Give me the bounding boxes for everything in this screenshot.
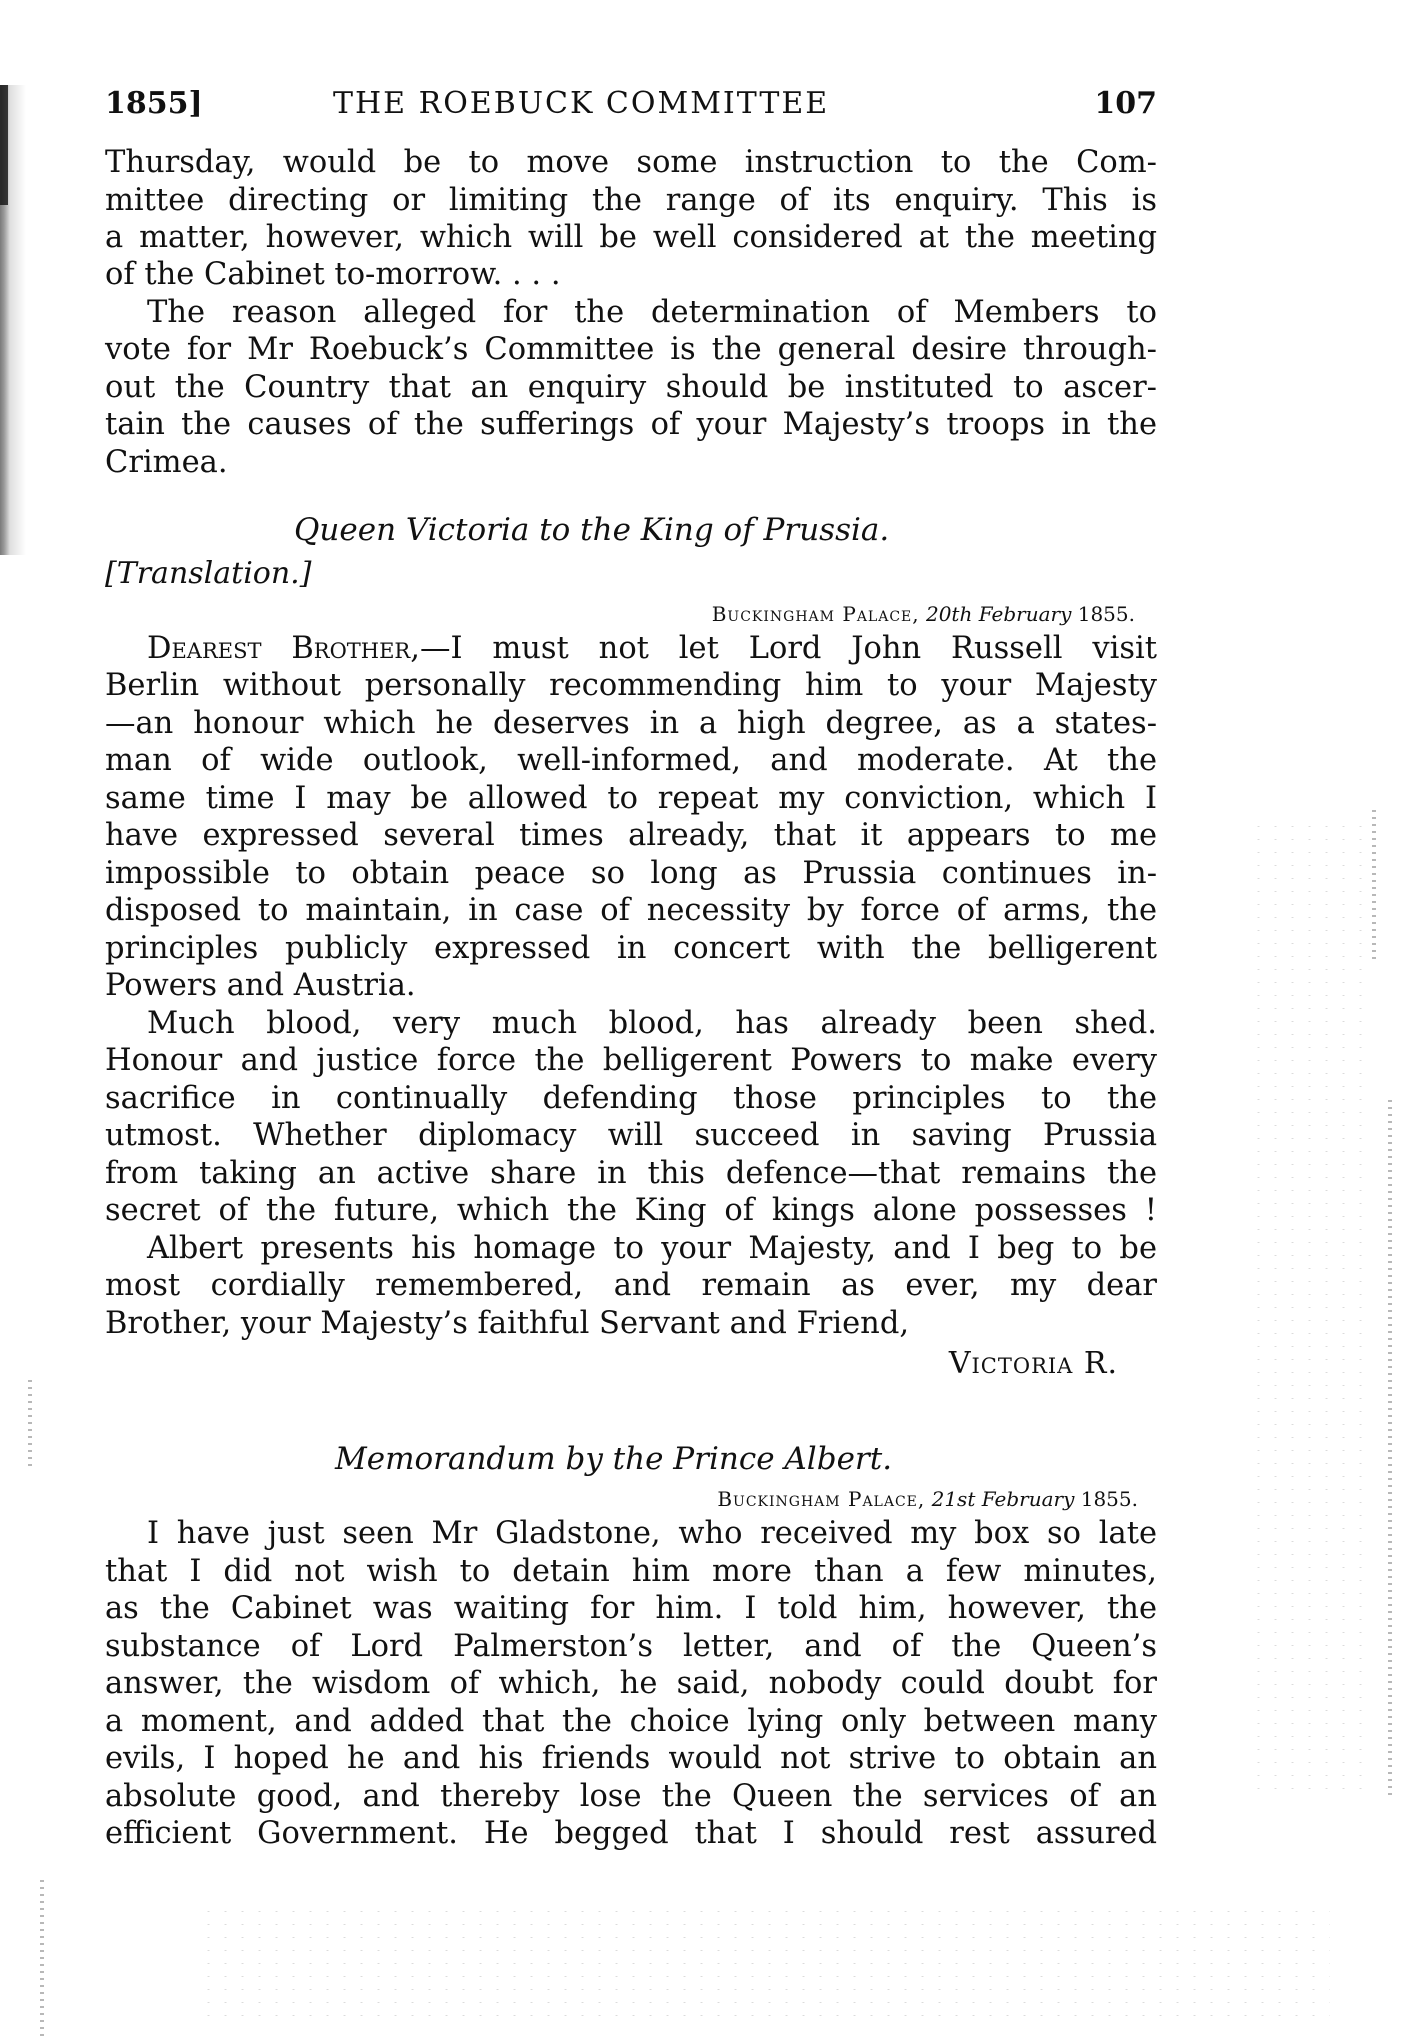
text-line: that I did not wish to detain him more t… <box>105 1557 1157 1588</box>
text-line: efficient Government. He begged that I s… <box>105 1819 1157 1850</box>
text-line: Much blood, very much blood, has already… <box>105 1009 1157 1040</box>
scan-noise <box>200 1905 1330 2025</box>
text-line: from taking an active share in this defe… <box>105 1159 1157 1190</box>
text-line: tain the causes of the sufferings of you… <box>105 410 1157 441</box>
scan-speckle <box>40 1880 44 2036</box>
header-year: 1855] <box>105 86 203 121</box>
book-page: 1855] THE ROEBUCK COMMITTEE 107 Thursday… <box>0 0 1403 2036</box>
text-line: answer, the wisdom of which, he said, no… <box>105 1669 1157 1700</box>
scan-speckle <box>1372 810 1376 960</box>
text-line: have expressed several times already, th… <box>105 821 1157 852</box>
text-line: principles publicly expressed in concert… <box>105 934 1157 965</box>
letter-heading: Queen Victoria to the King of Prussia. <box>294 512 889 548</box>
running-title: THE ROEBUCK COMMITTEE <box>333 86 829 121</box>
letter-dateline: Buckingham Palace, 20th February 1855. <box>712 602 1135 626</box>
page-number: 107 <box>1094 86 1157 121</box>
dateline-year: 1855. <box>1078 602 1135 626</box>
text-line: Honour and justice force the belligerent… <box>105 1046 1157 1077</box>
text-line: Crimea. <box>105 448 1157 479</box>
text-line: Brother, your Majesty’s faithful Servant… <box>105 1309 1157 1340</box>
text-line: of the Cabinet to-morrow. . . . <box>105 260 1157 291</box>
text-line: sacrifice in continually defending those… <box>105 1084 1157 1115</box>
text-line: a matter, however, which will be well co… <box>105 223 1157 254</box>
dateline-year: 1855. <box>1081 1487 1138 1511</box>
scan-speckle <box>28 1380 32 1470</box>
scan-noise <box>1250 820 1370 1800</box>
text-line: Thursday, would be to move some instruct… <box>105 148 1157 179</box>
page-edge-dark <box>0 85 8 205</box>
text-line-salutation: Dearest Brother,—I must not let Lord Joh… <box>105 634 1157 665</box>
text-line: Powers and Austria. <box>105 971 1157 1002</box>
text-line: mittee directing or limiting the range o… <box>105 186 1157 217</box>
dateline-month: February <box>979 602 1072 626</box>
text-line: man of wide outlook, well-informed, and … <box>105 746 1157 777</box>
dateline-day: 21st <box>932 1487 976 1511</box>
text-line: —an honour which he deserves in a high d… <box>105 709 1157 740</box>
scan-speckle <box>1388 1100 1392 1800</box>
memorandum-heading: Memorandum by the Prince Albert. <box>335 1441 892 1477</box>
signature: Victoria R. <box>949 1346 1118 1381</box>
text-line: secret of the future, which the King of … <box>105 1196 1157 1227</box>
dateline-month: February <box>982 1487 1075 1511</box>
text-line: disposed to maintain, in case of necessi… <box>105 896 1157 927</box>
text-line: most cordially remembered, and remain as… <box>105 1271 1157 1302</box>
dateline-place: Buckingham Palace, <box>712 602 920 626</box>
dateline-day: 20th <box>926 602 972 626</box>
text-line: I have just seen Mr Gladstone, who recei… <box>105 1519 1157 1550</box>
memorandum-dateline: Buckingham Palace, 21st February 1855. <box>717 1487 1138 1511</box>
salutation: Dearest Brother, <box>147 631 420 666</box>
text-line: absolute good, and thereby lose the Quee… <box>105 1782 1157 1813</box>
translation-note: [Translation.] <box>105 556 311 591</box>
text-line: Berlin without personally recommending h… <box>105 671 1157 702</box>
text-line: —I must not let Lord John Russell visit <box>420 631 1157 666</box>
text-line: Albert presents his homage to your Majes… <box>105 1234 1157 1265</box>
text-line: out the Country that an enquiry should b… <box>105 373 1157 404</box>
text-line: evils, I hoped he and his friends would … <box>105 1744 1157 1775</box>
running-header: 1855] THE ROEBUCK COMMITTEE 107 <box>105 86 1157 120</box>
dateline-place: Buckingham Palace, <box>717 1487 925 1511</box>
text-line: substance of Lord Palmerston’s letter, a… <box>105 1632 1157 1663</box>
text-line: a moment, and added that the choice lyin… <box>105 1707 1157 1738</box>
text-line: vote for Mr Roebuck’s Committee is the g… <box>105 335 1157 366</box>
text-line: impossible to obtain peace so long as Pr… <box>105 859 1157 890</box>
text-line: as the Cabinet was waiting for him. I to… <box>105 1594 1157 1625</box>
text-line: same time I may be allowed to repeat my … <box>105 784 1157 815</box>
text-line: utmost. Whether diplomacy will succeed i… <box>105 1121 1157 1152</box>
text-line: The reason alleged for the determination… <box>105 298 1157 329</box>
